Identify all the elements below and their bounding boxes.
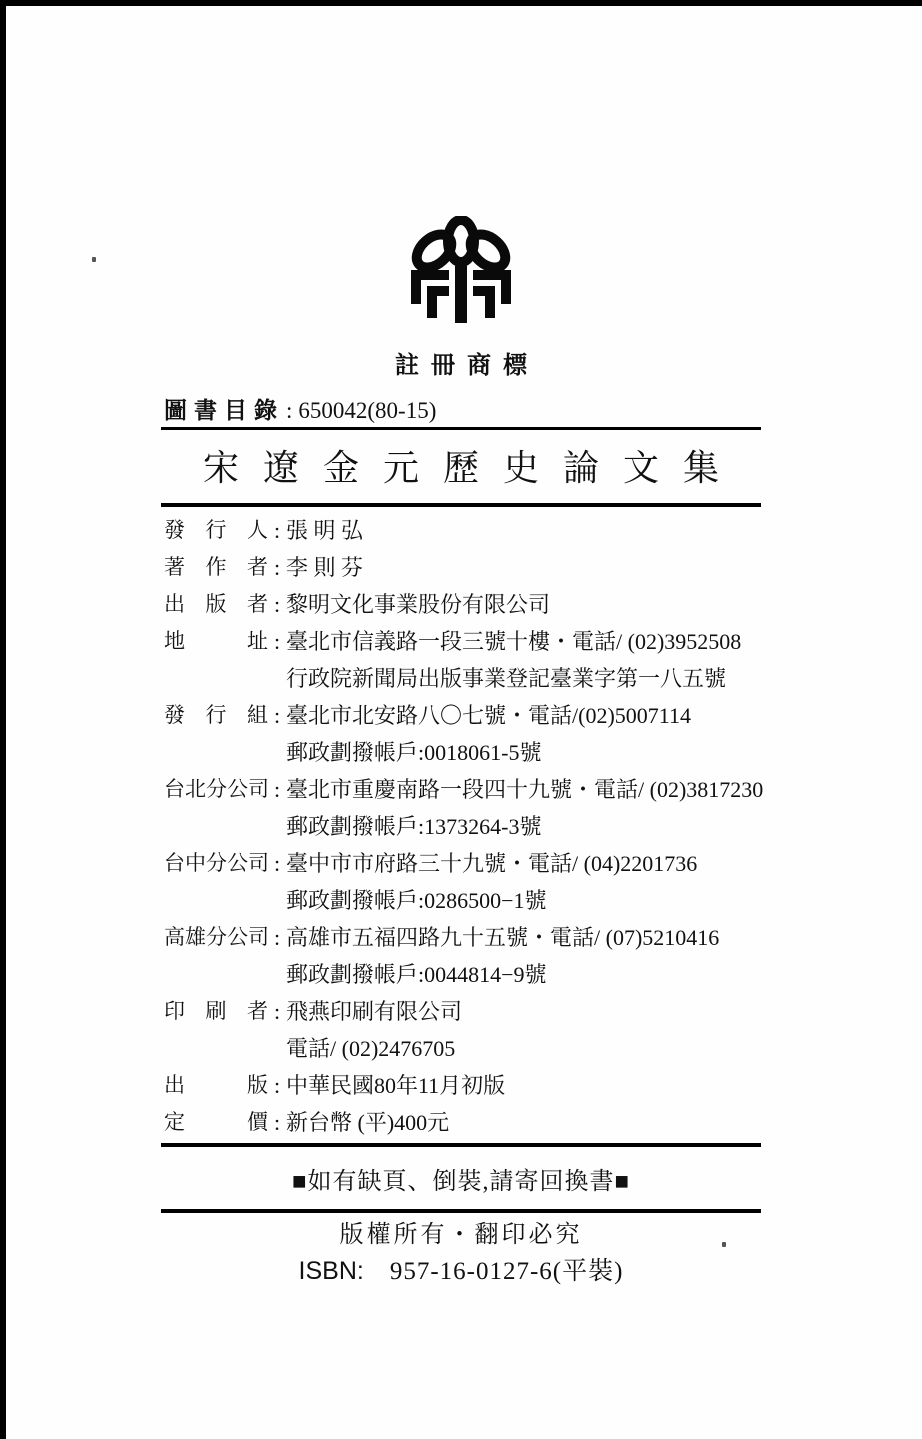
book-title: 宋遼金元歷史論文集 [161, 440, 761, 491]
row-colon: : [268, 512, 286, 549]
catalog-line: 圖書目錄:650042(80-15) [164, 392, 436, 425]
return-notice-block: ■如有缺頁、倒裝,請寄回換書■ [161, 1143, 761, 1213]
publication-details: 發 行 人 : 張 明 弘 著 作 者 : 李 則 芬 出 版 者 : 黎明文化… [164, 512, 804, 1141]
row-subvalue: 郵政劃撥帳戶:0044814−9號 [286, 956, 804, 993]
row-colon: : [268, 771, 286, 808]
detail-row-taipei-branch: 台北分公司 : 臺北市重慶南路一段四十九號・電話/ (02)3817230 郵政… [164, 771, 804, 845]
row-value: 張 明 弘 [286, 512, 363, 549]
row-colon: : [268, 1104, 286, 1141]
row-label: 出 版 者 [164, 586, 268, 623]
row-value: 李 則 芬 [286, 549, 363, 586]
trademark-caption: 註冊商標 [161, 345, 761, 380]
publisher-logo-icon [391, 216, 531, 341]
isbn-label: ISBN: [299, 1257, 364, 1285]
detail-row-distribution: 發 行 組 : 臺北市北安路八〇七號・電話/(02)5007114 郵政劃撥帳戶… [164, 697, 804, 771]
detail-row-edition: 出 版 : 中華民國80年11月初版 [164, 1067, 804, 1104]
scan-speck [92, 257, 96, 262]
row-value: 黎明文化事業股份有限公司 [286, 586, 550, 623]
row-value: 臺北市重慶南路一段四十九號・電話/ (02)3817230 [286, 771, 763, 808]
row-colon: : [268, 623, 286, 660]
row-colon: : [268, 993, 286, 1030]
row-label: 台北分公司 [164, 771, 268, 808]
row-value: 中華民國80年11月初版 [286, 1067, 505, 1104]
row-label: 發 行 組 [164, 697, 268, 734]
row-subvalue: 郵政劃撥帳戶:1373264-3號 [286, 808, 804, 845]
detail-row-publisher-person: 發 行 人 : 張 明 弘 [164, 512, 804, 549]
isbn-line: ISBN:957-16-0127-6(平裝) [161, 1251, 761, 1287]
detail-row-printer: 印 刷 者 : 飛燕印刷有限公司 電話/ (02)2476705 [164, 993, 804, 1067]
row-value: 臺北市北安路八〇七號・電話/(02)5007114 [286, 697, 691, 734]
row-colon: : [268, 845, 286, 882]
isbn-value: 957-16-0127-6(平裝) [390, 1258, 624, 1285]
row-colon: : [268, 549, 286, 586]
row-subvalue: 郵政劃撥帳戶:0018061-5號 [286, 734, 804, 771]
row-colon: : [268, 1067, 286, 1104]
row-colon: : [268, 586, 286, 623]
catalog-label: 圖書目錄 [164, 397, 284, 423]
row-label: 著 作 者 [164, 549, 268, 586]
detail-row-address: 地 址 : 臺北市信義路一段三號十樓・電話/ (02)3952508 行政院新聞… [164, 623, 804, 697]
row-label: 出 版 [164, 1067, 268, 1104]
row-label: 地 址 [164, 623, 268, 660]
row-subvalue: 行政院新聞局出版事業登記臺業字第一八五號 [286, 660, 804, 697]
title-block: 宋遼金元歷史論文集 [161, 427, 761, 507]
row-value: 臺北市信義路一段三號十樓・電話/ (02)3952508 [286, 623, 741, 660]
copyright-line: 版權所有・翻印必究 [161, 1214, 761, 1249]
book-colophon-page: 註冊商標 圖書目錄:650042(80-15) 宋遼金元歷史論文集 發 行 人 … [0, 0, 922, 1439]
detail-row-taichung-branch: 台中分公司 : 臺中市市府路三十九號・電話/ (04)2201736 郵政劃撥帳… [164, 845, 804, 919]
detail-row-kaohsiung-branch: 高雄分公司 : 高雄市五福四路九十五號・電話/ (07)5210416 郵政劃撥… [164, 919, 804, 993]
detail-row-author: 著 作 者 : 李 則 芬 [164, 549, 804, 586]
row-label: 高雄分公司 [164, 919, 268, 956]
detail-row-price: 定 價 : 新台幣 (平)400元 [164, 1104, 804, 1141]
catalog-colon: : [284, 398, 298, 423]
row-value: 臺中市市府路三十九號・電話/ (04)2201736 [286, 845, 697, 882]
row-colon: : [268, 919, 286, 956]
catalog-number: 650042(80-15) [298, 398, 436, 423]
return-notice-text: ■如有缺頁、倒裝,請寄回換書■ [292, 1169, 630, 1195]
row-value: 新台幣 (平)400元 [286, 1104, 449, 1141]
row-label: 台中分公司 [164, 845, 268, 882]
row-label: 定 價 [164, 1104, 268, 1141]
row-subvalue: 電話/ (02)2476705 [286, 1030, 804, 1067]
row-label: 發 行 人 [164, 512, 268, 549]
row-subvalue: 郵政劃撥帳戶:0286500−1號 [286, 882, 804, 919]
detail-row-publisher-company: 出 版 者 : 黎明文化事業股份有限公司 [164, 586, 804, 623]
trademark-block: 註冊商標 [161, 216, 761, 380]
row-label: 印 刷 者 [164, 993, 268, 1030]
row-colon: : [268, 697, 286, 734]
row-value: 高雄市五福四路九十五號・電話/ (07)5210416 [286, 919, 719, 956]
row-value: 飛燕印刷有限公司 [286, 993, 462, 1030]
